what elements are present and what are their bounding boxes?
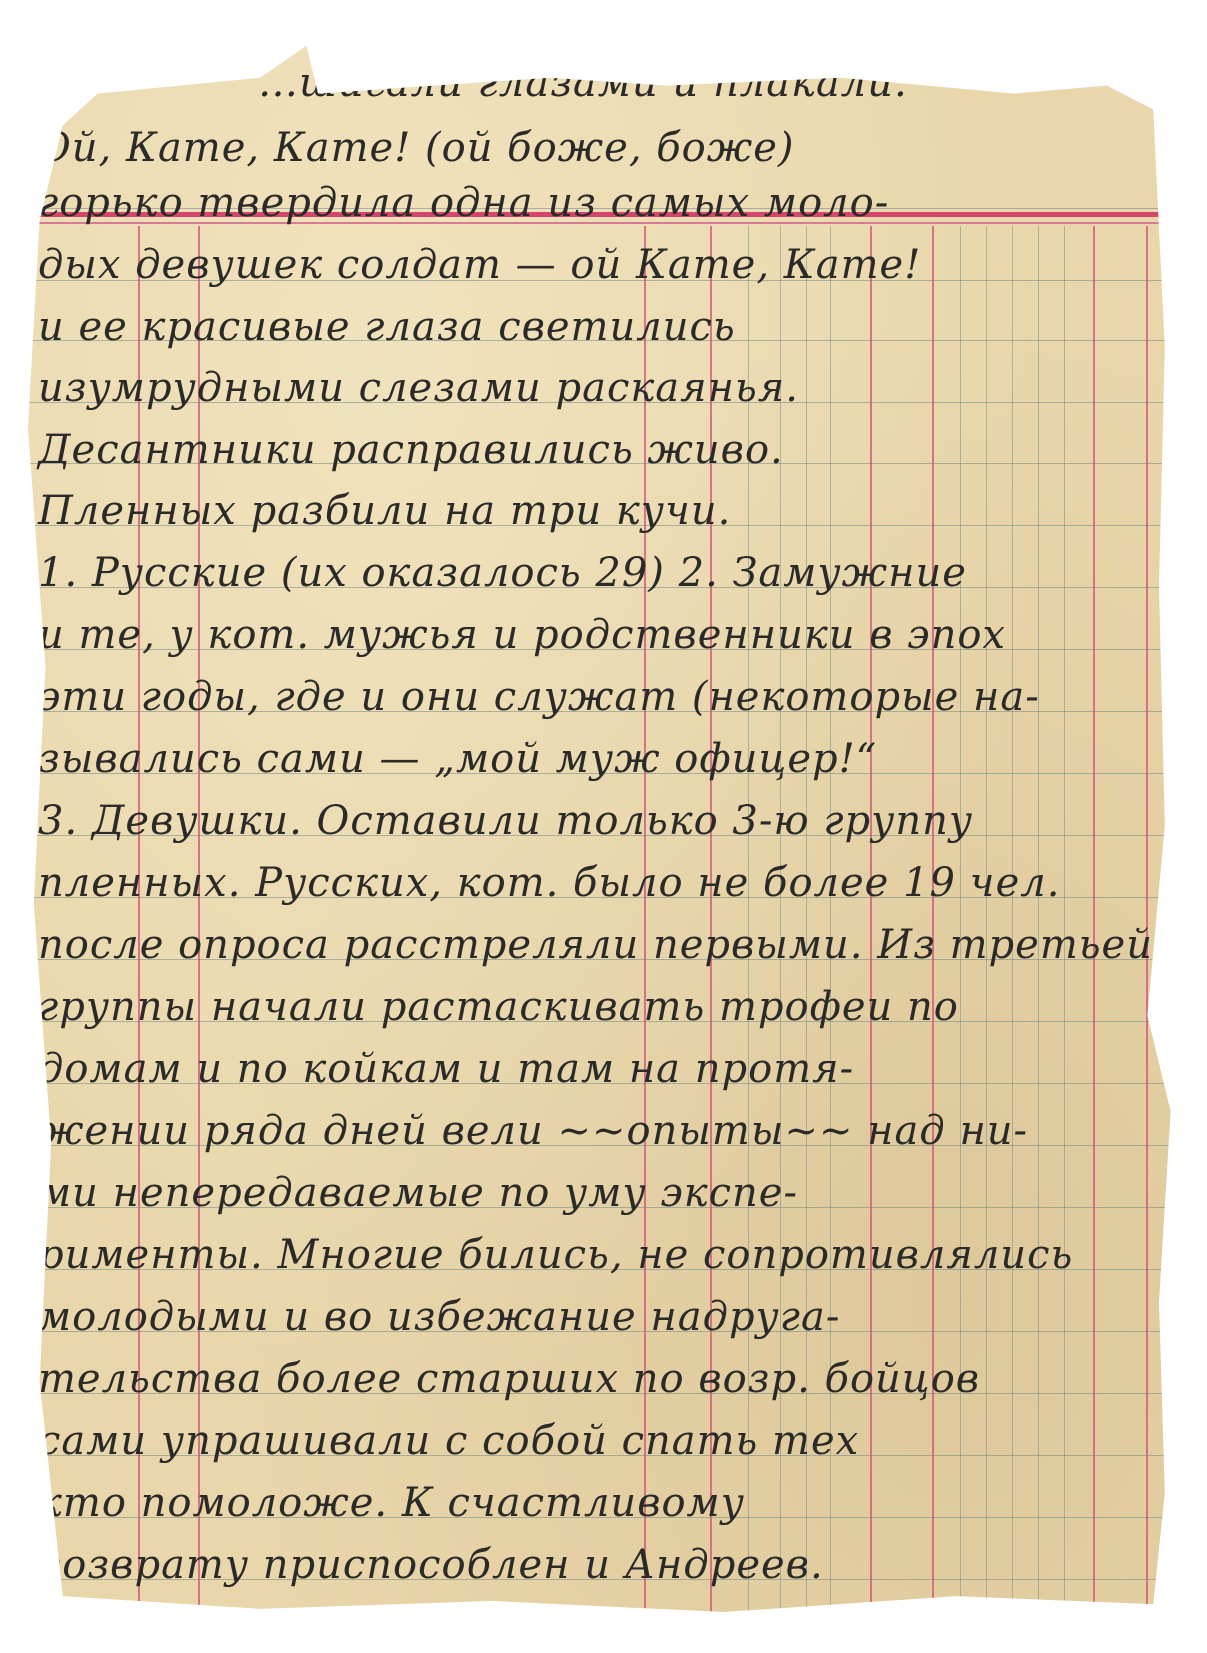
handwritten-line: тельства более старших по возр. бойцов	[38, 1356, 1188, 1402]
handwritten-line: 3. Девушки. Оставили только 3-ю группу	[38, 798, 1188, 844]
handwritten-line: домам и по койкам и там на протя-	[38, 1046, 1188, 1092]
handwritten-line: сами упрашивали с собой спать тех	[38, 1418, 1188, 1464]
handwritten-line: Ой, Кате, Кате! (ой боже, боже)	[38, 125, 1188, 171]
handwritten-line: пленных. Русских, кот. было не более 19 …	[38, 860, 1188, 906]
handwritten-line: …шигали глазами и плакали.	[258, 60, 1188, 106]
handwritten-line: изумрудными слезами раскаянья.	[38, 365, 1188, 411]
ink-blot	[665, 40, 683, 80]
handwritten-line: возврату приспособлен и Андреев.	[38, 1542, 1188, 1588]
handwritten-line: после опроса расстреляли первыми. Из тре…	[38, 922, 1188, 968]
handwritten-line: группы начали растаскивать трофеи по	[38, 984, 1188, 1030]
handwritten-line: жении ряда дней вели ~~опыты~~ над ни-	[38, 1108, 1188, 1154]
handwritten-line: Пленных разбили на три кучи.	[38, 488, 1188, 534]
handwritten-line: и те, у кот. мужья и родственники в эпох	[38, 612, 1188, 658]
handwritten-line: дых девушек солдат — ой Кате, Кате!	[38, 242, 1188, 288]
handwritten-line: и ее красивые глаза светились	[38, 304, 1188, 350]
handwritten-line: ми непередаваемые по уму экспе-	[38, 1170, 1188, 1216]
handwritten-line: зывались сами — „мой муж офицер!“	[38, 736, 1188, 782]
handwritten-line: Десантники расправились живо.	[38, 427, 1188, 473]
handwritten-line: молодыми и во избежание надруга-	[38, 1294, 1188, 1340]
paper-sheet: …шигали глазами и плакали. Ой, Кате, Кат…	[28, 30, 1188, 1620]
handwritten-line: горько твердила одна из самых моло-	[38, 180, 1188, 226]
handwritten-line: эти годы, где и они служат (некоторые на…	[38, 674, 1188, 720]
handwritten-line: Он выбрал самую молодую, уговорил	[38, 1604, 1188, 1650]
handwritten-line: 1. Русские (их оказалось 29) 2. Замужние	[38, 550, 1188, 596]
handwritten-line: рименты. Многие бились, не сопротивлялис…	[38, 1232, 1188, 1278]
handwritten-line: кто помоложе. К счастливому	[38, 1480, 1188, 1526]
